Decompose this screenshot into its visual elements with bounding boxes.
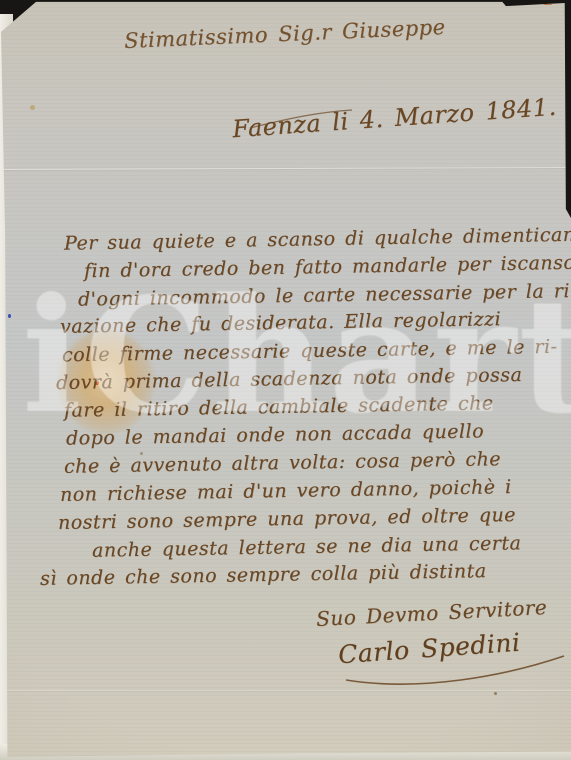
paper-edge-notch — [502, 0, 526, 4]
signature-flourish — [0, 0, 571, 760]
letter-paper: Stimatissimo Sig.r Giuseppe Faenza li 4.… — [0, 0, 571, 760]
wax-residue-mark — [542, 0, 553, 5]
letter-photo: Stimatissimo Sig.r Giuseppe Faenza li 4.… — [0, 0, 571, 760]
